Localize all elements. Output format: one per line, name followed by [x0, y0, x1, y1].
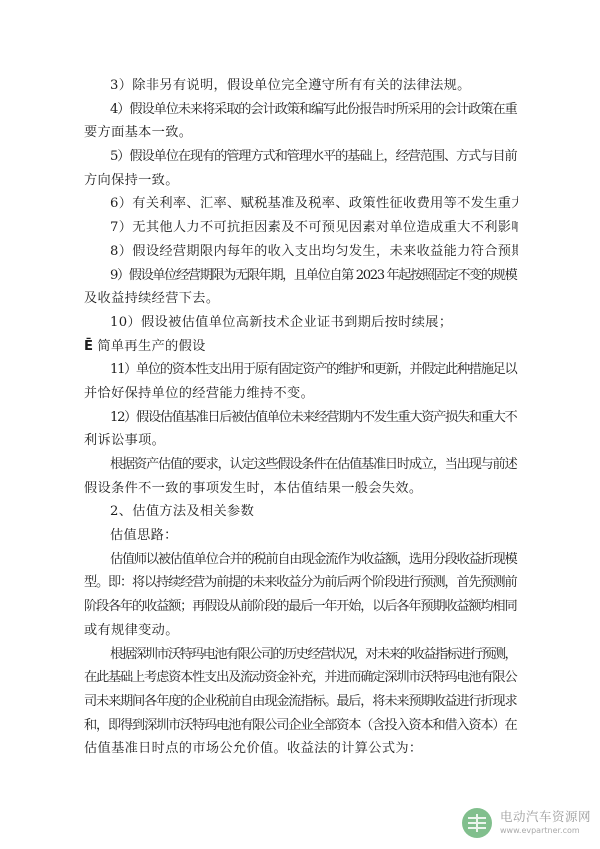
text-line: 7）无其他人力不可抗拒因素及不可预见因素对单位造成重大不利影响。: [84, 216, 518, 240]
text-line: 根据深圳市沃特玛电池有限公司的历史经营状况，对未来的收益指标进行预测，: [84, 643, 518, 667]
text-line: 估值师以被估值单位合并的税前自由现金流作为收益额，选用分段收益折现模: [84, 548, 518, 572]
line-text: 型。即：将以持续经营为前提的未来收益分为前后两个阶段进行预测，首先预测前: [84, 575, 516, 590]
line-text: 9）假设单位经营期限为无限年期，且单位自第 2023 年起按照固定不变的规模: [110, 264, 516, 288]
line-text: 及收益持续经营下去。: [84, 291, 219, 306]
text-line: 司未来期间各年度的企业税前自由现金流指标。最后，将未来预期收益进行折现求: [84, 690, 518, 714]
text-line: 9）假设单位经营期限为无限年期，且单位自第 2023 年起按照固定不变的规模: [84, 264, 518, 288]
text-line: 并恰好保持单位的经营能力维持不变。: [84, 382, 518, 406]
text-line: 8）假设经营期限内每年的收入支出均匀发生，未来收益能力符合预期；: [84, 240, 518, 264]
line-text: 6）有关利率、汇率、赋税基准及税率、政策性征收费用等不发生重大变化。: [110, 192, 518, 216]
line-text: 司未来期间各年度的企业税前自由现金流指标。最后，将未来预期收益进行折现求: [84, 694, 516, 709]
text-line: 10）假设被估值单位高新技术企业证书到期后按时续展；: [84, 311, 518, 335]
watermark-title: 电动汽车资源网: [500, 811, 591, 824]
watermark: 电动汽车资源网 www.evpartner.com: [462, 808, 591, 838]
line-text: 或有规律变动。: [84, 623, 179, 638]
text-line: 根据资产估值的要求，认定这些假设条件在估值基准日时成立，当出现与前述: [84, 453, 518, 477]
text-line: 要方面基本一致。: [84, 121, 518, 145]
line-text: 11）单位的资本性支出用于原有固定资产的维护和更新，并假定此种措施足以: [110, 358, 516, 382]
text-line: 或有规律变动。: [84, 619, 518, 643]
text-line: 假设条件不一致的事项发生时，本估值结果一般会失效。: [84, 477, 518, 501]
line-text: 方向保持一致。: [84, 173, 179, 188]
line-text: 2、估值方法及相关参数: [110, 500, 254, 524]
text-line: 11）单位的资本性支出用于原有固定资产的维护和更新，并假定此种措施足以: [84, 358, 518, 382]
line-text: 利诉讼事项。: [84, 433, 165, 448]
text-line: 4）假设单位未来将采取的会计政策和编写此份报告时所采用的会计政策在重: [84, 98, 518, 122]
heading-marker: Ē: [84, 339, 93, 354]
text-line: 估值基准日时点的市场公允价值。收益法的计算公式为：: [84, 737, 518, 761]
line-text: 5）假设单位在现有的管理方式和管理水平的基础上，经营范围、方式与目前: [110, 145, 517, 169]
text-line: 阶段各年的收益额；再假设从前阶段的最后一年开始，以后各年预期收益额均相同: [84, 595, 518, 619]
text-line: 型。即：将以持续经营为前提的未来收益分为前后两个阶段进行预测，首先预测前: [84, 571, 518, 595]
text-line: 估值思路：: [84, 524, 518, 548]
line-text: 估值基准日时点的市场公允价值。收益法的计算公式为：: [84, 741, 422, 756]
section-heading: Ē简单再生产的假设: [84, 335, 518, 359]
text-line: 2、估值方法及相关参数: [84, 500, 518, 524]
text-line: 方向保持一致。: [84, 169, 518, 193]
text-line: 12）假设估值基准日后被估值单位未来经营期内不发生重大资产损失和重大不: [84, 406, 518, 430]
line-text: 估值思路：: [110, 524, 178, 548]
ev-logo-icon: [462, 808, 492, 838]
line-text: 在此基础上考虑资本性支出及流动资金补充，并进而确定深圳市沃特玛电池有限公: [84, 670, 516, 685]
text-line: 6）有关利率、汇率、赋税基准及税率、政策性征收费用等不发生重大变化。: [84, 192, 518, 216]
line-text: 8）假设经营期限内每年的收入支出均匀发生，未来收益能力符合预期；: [110, 240, 518, 264]
line-text: 和，即得到深圳市沃特玛电池有限公司企业全部资本（含投入资本和借入资本）在: [84, 718, 516, 733]
text-line: 及收益持续经营下去。: [84, 287, 518, 311]
text-line: 5）假设单位在现有的管理方式和管理水平的基础上，经营范围、方式与目前: [84, 145, 518, 169]
line-text: 根据深圳市沃特玛电池有限公司的历史经营状况，对未来的收益指标进行预测，: [110, 643, 516, 667]
text-line: 和，即得到深圳市沃特玛电池有限公司企业全部资本（含投入资本和借入资本）在: [84, 714, 518, 738]
line-text: 估值师以被估值单位合并的税前自由现金流作为收益额，选用分段收益折现模: [110, 548, 516, 572]
line-text: 7）无其他人力不可抗拒因素及不可预见因素对单位造成重大不利影响。: [110, 216, 518, 240]
line-text: 简单再生产的假设: [97, 339, 205, 354]
text-line: 在此基础上考虑资本性支出及流动资金补充，并进而确定深圳市沃特玛电池有限公: [84, 666, 518, 690]
line-text: 12）假设估值基准日后被估值单位未来经营期内不发生重大资产损失和重大不: [110, 406, 516, 430]
line-text: 并恰好保持单位的经营能力维持不变。: [84, 386, 314, 401]
text-line: 3）除非另有说明，假设单位完全遵守所有有关的法律法规。: [84, 74, 518, 98]
line-text: 4）假设单位未来将采取的会计政策和编写此份报告时所采用的会计政策在重: [110, 98, 517, 122]
line-text: 假设条件不一致的事项发生时，本估值结果一般会失效。: [84, 481, 422, 496]
document-page: 3）除非另有说明，假设单位完全遵守所有有关的法律法规。4）假设单位未来将采取的会…: [84, 74, 518, 761]
line-text: 10）假设被估值单位高新技术企业证书到期后按时续展；: [110, 311, 452, 335]
line-text: 阶段各年的收益额；再假设从前阶段的最后一年开始，以后各年预期收益额均相同: [84, 599, 516, 614]
line-text: 3）除非另有说明，假设单位完全遵守所有有关的法律法规。: [110, 74, 471, 98]
watermark-url: www.evpartner.com: [500, 827, 591, 835]
line-text: 根据资产估值的要求，认定这些假设条件在估值基准日时成立，当出现与前述: [110, 453, 516, 477]
line-text: 要方面基本一致。: [84, 125, 192, 140]
text-line: 利诉讼事项。: [84, 429, 518, 453]
